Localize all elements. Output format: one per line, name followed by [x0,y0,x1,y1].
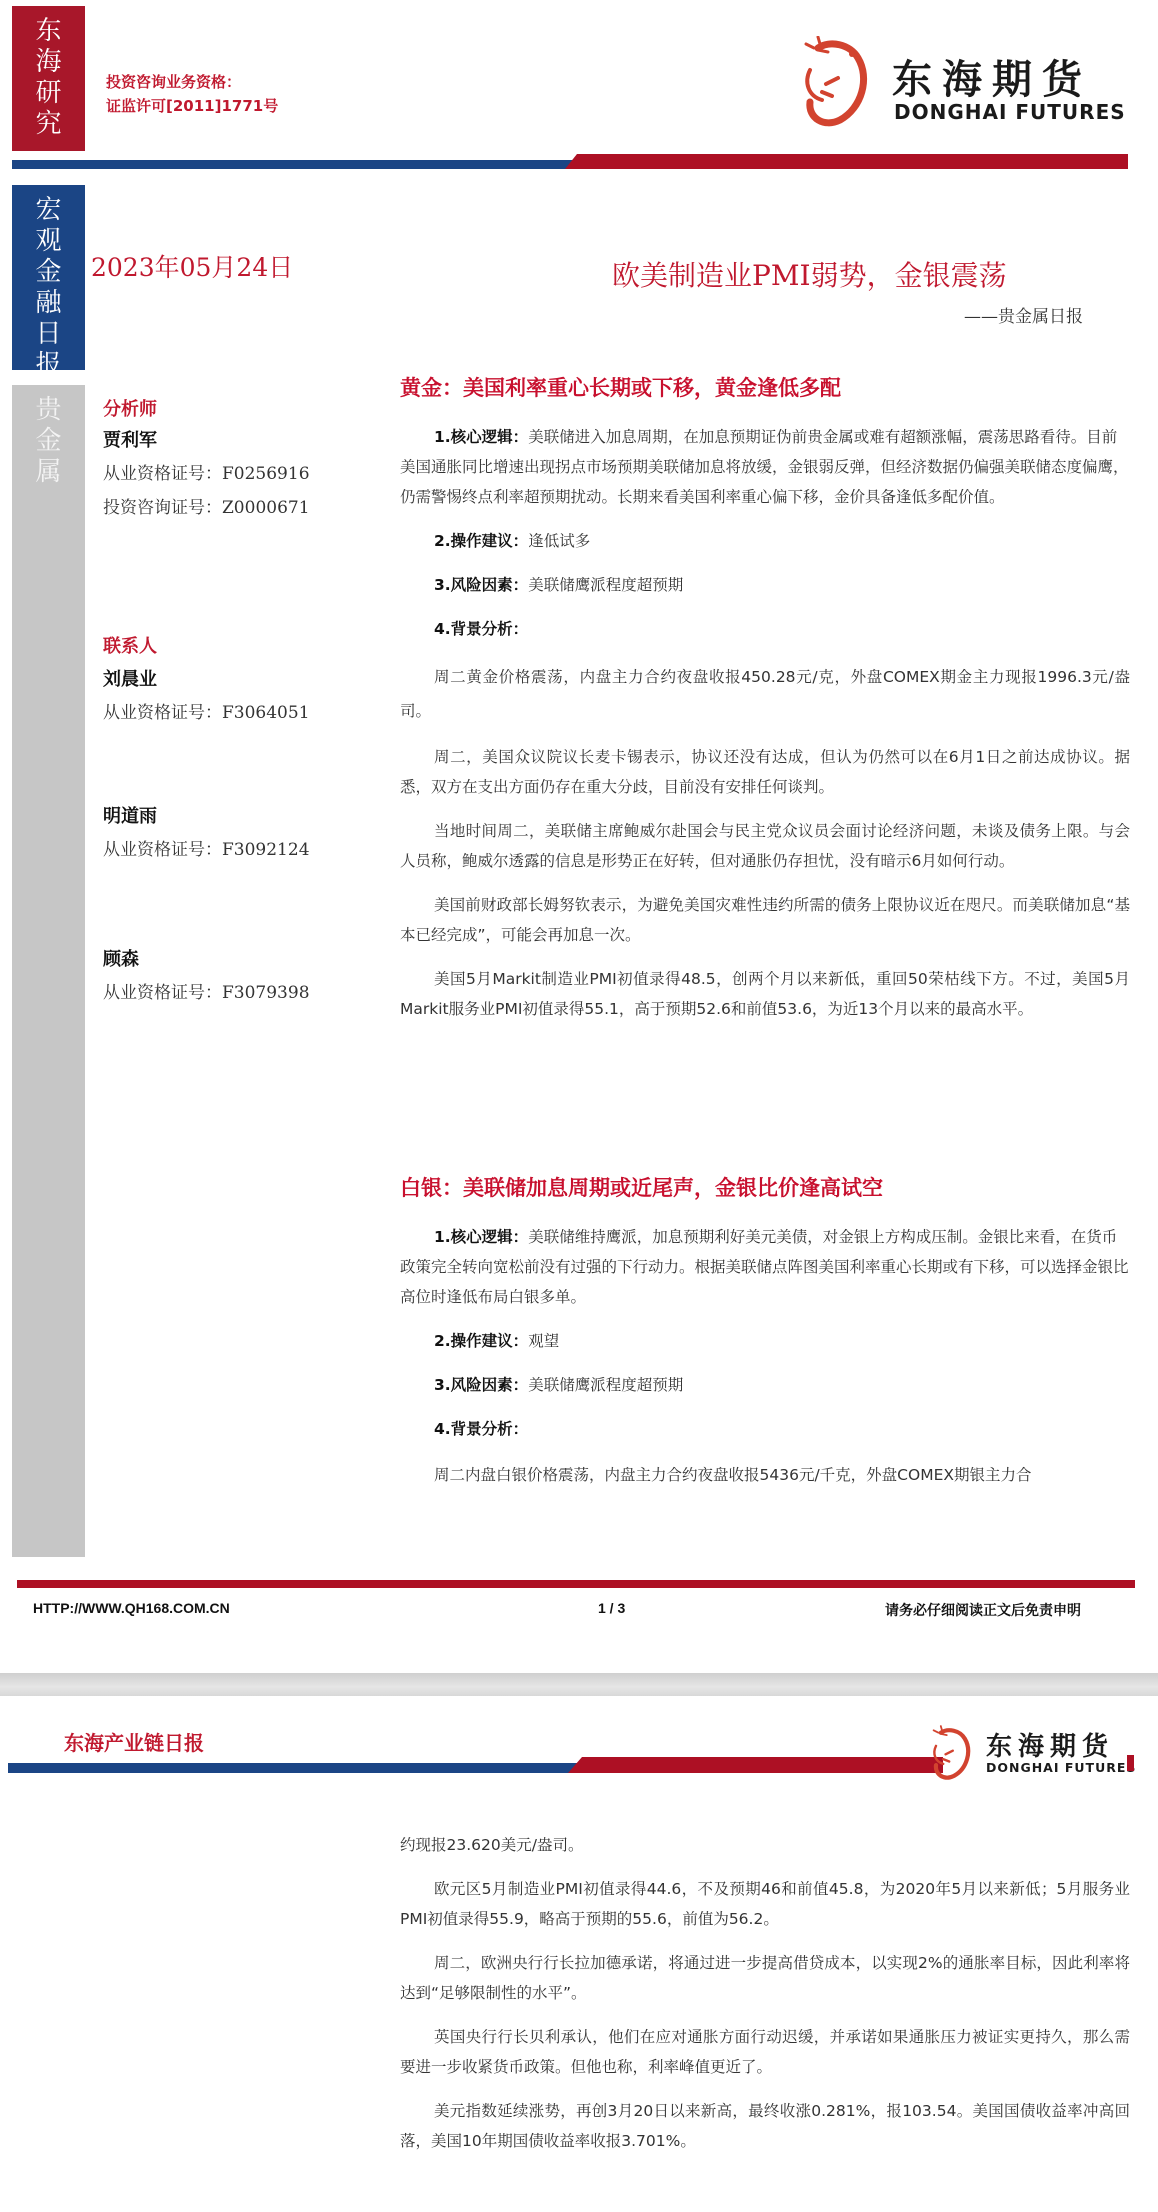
header-bar-blue [12,160,582,169]
silver-risk-text: 美联储鹰派程度超预期 [528,1376,683,1394]
logo-english-name: DONGHAI FUTURES [986,1760,1136,1775]
category-tab-label: 宏观金融日报 [34,195,64,381]
gold-background-label: 4.背景分析： [434,620,528,638]
silver-background-label: 4.背景分析： [434,1420,528,1438]
gold-paragraph: 美国5月Markit制造业PMI初值录得48.5，创两个月以来新低，重回50荣枯… [400,964,1130,1024]
contact-3: 顾森 从业资格证号：F3079398 [103,944,383,1010]
page2-body: 约现报23.620美元/盎司。 欧元区5月制造业PMI初值录得44.6，不及预期… [400,1830,1130,2170]
sector-tab-label: 贵金属 [34,395,64,488]
logo-chinese-name: 东海期货 [986,1726,1114,1763]
header-bar-red [565,154,1128,169]
silver-paragraph: 周二内盘白银价格震荡，内盘主力合约夜盘收报5436元/千克，外盘COMEX期银主… [400,1460,1130,1490]
page2-header-title: 东海产业链日报 [64,1727,204,1756]
brand-tab: 东海研究 [12,6,85,151]
analyst-cert-advisory: 投资咨询证号：Z0000671 [103,491,383,525]
analyst-label: 分析师 [103,395,383,425]
gold-paragraph: 周二黄金价格震荡，内盘主力合约夜盘收报450.28元/克，外盘COMEX期金主力… [400,660,1130,728]
qualification: 投资咨询业务资格： 证监许可[2011]1771号 [106,70,278,118]
silver-section-title: 白银：美联储加息周期或近尾声，金银比价逢高试空 [400,1172,1130,1202]
gold-advice: 2.操作建议：逢低试多 [400,526,1130,556]
analyst-block: 分析师 贾利军 从业资格证号：F0256916 投资咨询证号：Z0000671 [103,395,383,525]
page2-header-bar-blue [8,1763,580,1773]
silver-core-logic-label: 1.核心逻辑： [434,1228,528,1246]
page2-paragraph: 周二，欧洲央行行长拉加德承诺，将通过进一步提高借贷成本，以实现2%的通胀率目标，… [400,1948,1130,2008]
gold-paragraph: 周二，美国众议院议长麦卡锡表示，协议还没有达成，但认为仍然可以在6月1日之前达成… [400,742,1130,802]
analyst-name: 贾利军 [103,425,383,457]
gold-risk-text: 美联储鹰派程度超预期 [528,576,683,594]
analyst-cert-practice: 从业资格证号：F0256916 [103,457,383,491]
gold-section-title: 黄金：美国利率重心长期或下移，黄金逢低多配 [400,372,1130,402]
dragon-logo-icon [800,36,880,131]
silver-background: 4.背景分析： [400,1414,1130,1444]
page2-header-bar-red [568,1757,943,1773]
silver-section: 白银：美联储加息周期或近尾声，金银比价逢高试空 1.核心逻辑：美联储维持鹰派，加… [400,1172,1130,1504]
silver-advice-text: 观望 [528,1332,559,1350]
page2-paragraph: 美元指数延续涨势，再创3月20日以来新高，最终收涨0.281%，报103.54。… [400,2096,1130,2156]
footer-bar [17,1580,1135,1588]
page-number: 1 / 3 [598,1600,625,1616]
page2-paragraph: 英国央行行长贝利承认，他们在应对通胀方面行动迟缓，并承诺如果通胀压力被证实更持久… [400,2022,1130,2082]
contact-name: 刘晨业 [103,664,383,696]
logo-chinese-name: 东海期货 [892,48,1092,105]
silver-risk: 3.风险因素：美联储鹰派程度超预期 [400,1370,1130,1400]
dragon-logo-icon [930,1722,978,1786]
qualification-line1: 投资咨询业务资格： [106,70,278,94]
logo-english-name: DONGHAI FUTURES [894,100,1126,124]
contact-cert: 从业资格证号：F3079398 [103,976,383,1010]
page2-paragraph: 欧元区5月制造业PMI初值录得44.6，不及预期46和前值45.8，为2020年… [400,1874,1130,1934]
report-date: 2023年05月24日 [91,248,293,284]
silver-advice-label: 2.操作建议： [434,1332,528,1350]
gold-advice-text: 逢低试多 [528,532,590,550]
gold-core-logic: 1.核心逻辑：美联储进入加息周期，在加息预期证伪前贵金属或难有超额涨幅，震荡思路… [400,422,1130,512]
sector-tab: 贵金属 [12,385,85,1557]
gold-paragraph: 美国前财政部长姆努钦表示，为避免美国灾难性违约所需的债务上限协议近在咫尺。而美联… [400,890,1130,950]
page-separator [0,1673,1158,1696]
brand-tab-label: 东海研究 [34,16,64,140]
report-subtitle: ——贵金属日报 [964,302,1083,327]
gold-background: 4.背景分析： [400,614,1130,644]
qualification-line2: 证监许可[2011]1771号 [106,94,278,118]
silver-advice: 2.操作建议：观望 [400,1326,1130,1356]
contact-name: 明道雨 [103,801,383,833]
contact-cert: 从业资格证号：F3092124 [103,833,383,867]
silver-risk-label: 3.风险因素： [434,1376,528,1394]
gold-section: 黄金：美国利率重心长期或下移，黄金逢低多配 1.核心逻辑：美联储进入加息周期，在… [400,372,1130,1038]
gold-core-logic-label: 1.核心逻辑： [434,428,528,446]
silver-continuation: 约现报23.620美元/盎司。 [400,1830,1130,1860]
contact-2: 明道雨 从业资格证号：F3092124 [103,801,383,867]
logo-end-block [1127,1755,1134,1771]
contact-name: 顾森 [103,944,383,976]
gold-advice-label: 2.操作建议： [434,532,528,550]
company-logo: 东海期货 DONGHAI FUTURES [800,36,1130,136]
report-title: 欧美制造业PMI弱势，金银震荡 [612,254,1007,294]
contact-cert: 从业资格证号：F3064051 [103,696,383,730]
gold-risk: 3.风险因素：美联储鹰派程度超预期 [400,570,1130,600]
page2-company-logo: 东海期货 DONGHAI FUTURES [930,1720,1140,1792]
silver-core-logic: 1.核心逻辑：美联储维持鹰派，加息预期利好美元美债，对金银上方构成压制。金银比来… [400,1222,1130,1312]
contact-1: 刘晨业 从业资格证号：F3064051 [103,664,383,730]
category-tab: 宏观金融日报 [12,185,85,370]
gold-risk-label: 3.风险因素： [434,576,528,594]
footer-disclaimer: 请务必仔细阅读正文后免责申明 [885,1600,1081,1620]
footer-url[interactable]: HTTP://WWW.QH168.COM.CN [33,1600,230,1616]
contact-label: 联系人 [103,632,157,658]
gold-paragraph: 当地时间周二，美联储主席鲍威尔赴国会与民主党众议员会面讨论经济问题，未谈及债务上… [400,816,1130,876]
